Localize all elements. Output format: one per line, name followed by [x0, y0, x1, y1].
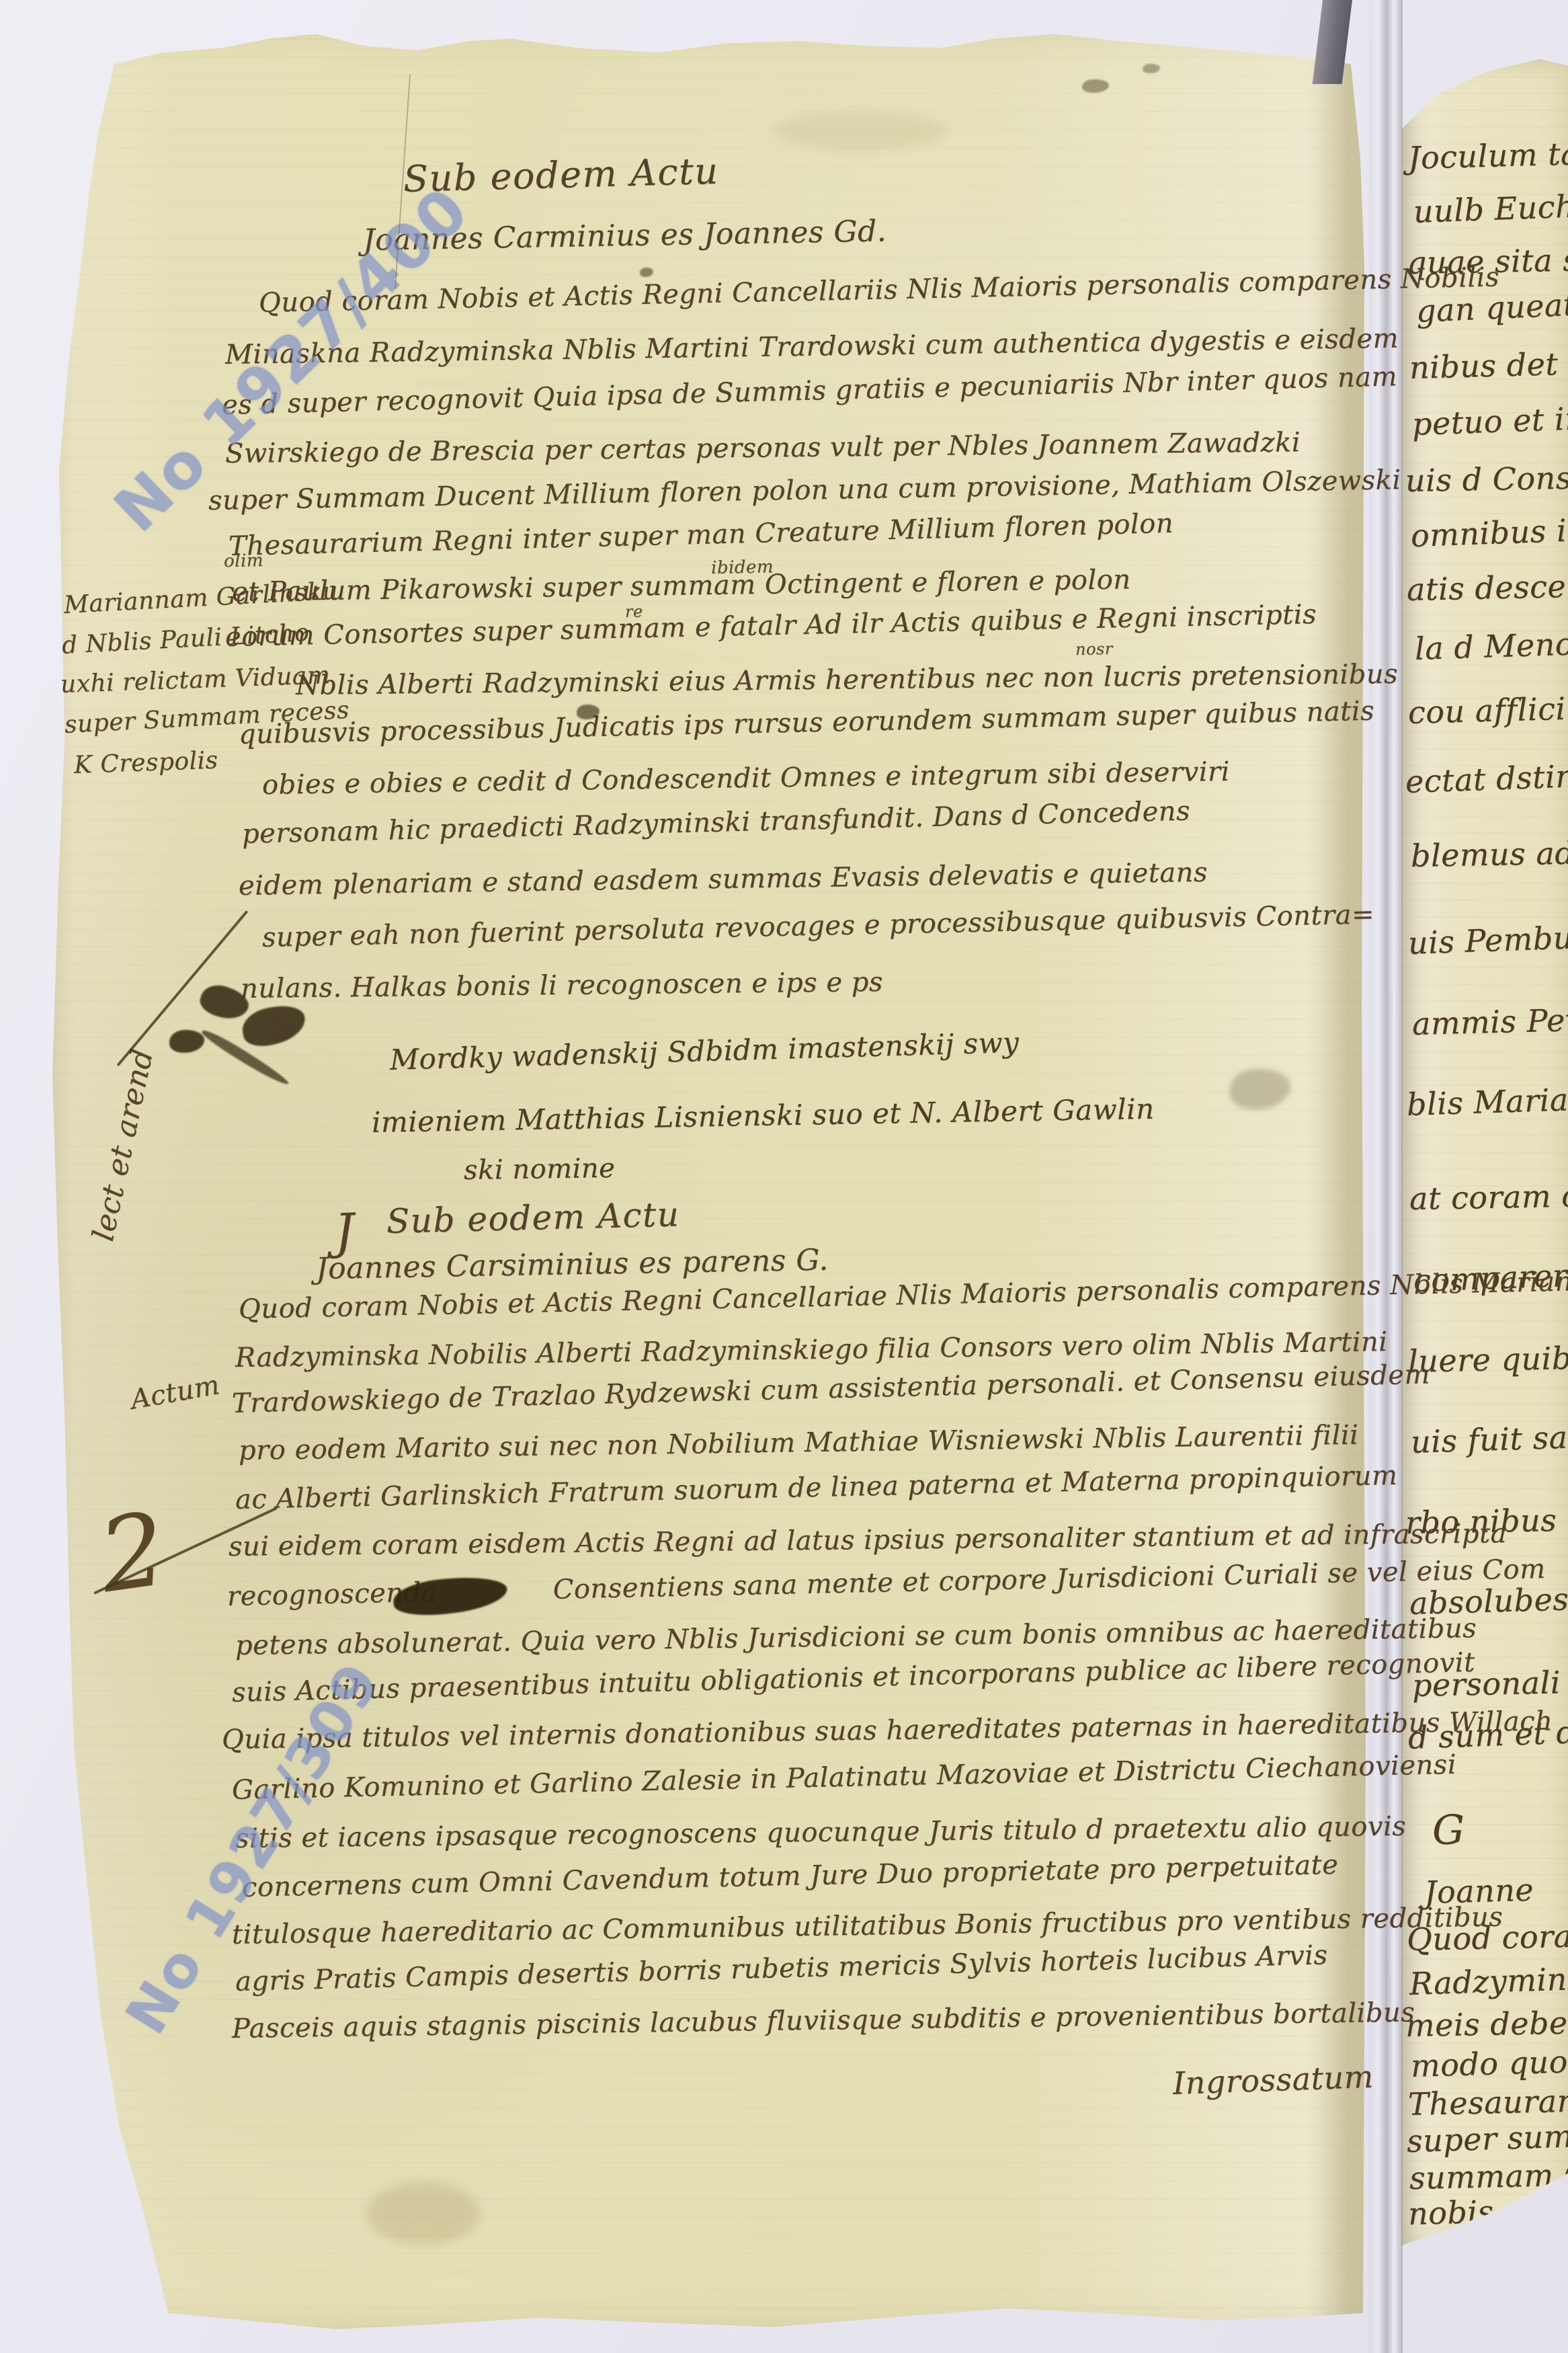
interlinear-word: re [625, 602, 643, 621]
paper-stain [773, 111, 948, 151]
manuscript-line: et Paulum Pikarowski super summam Octing… [232, 564, 1131, 608]
manuscript-line: Quod coram Nobis et Actis Regni Cancella… [259, 262, 1500, 319]
manuscript-line: super eah non fuerint persoluta revocage… [262, 899, 1375, 953]
manuscript-line: concernens cum Omni Cavendum totum Jure … [242, 1849, 1339, 1903]
manuscript-line: es d super recognovit Quia ipsa de Summi… [221, 361, 1397, 421]
ink-layer: Sub eodem Actu Joannes Carminius es Joan… [0, 0, 1568, 2353]
margin-note-line: d Nblis Pauli Litcho [61, 619, 310, 660]
manuscript-line: Swirskiego de Brescia per certas persona… [225, 427, 1301, 469]
margin-paragraph-mark: 2 [93, 1490, 173, 1616]
margin-note-line: uxhi relictam Viduam [60, 662, 331, 699]
manuscript-line: Thesaurarium Regni inter super man Creat… [228, 508, 1173, 562]
ink-speck [1143, 64, 1160, 73]
signature-line: Mordky wadenskij Sdbidm imastenskij swy [389, 1026, 1020, 1076]
manuscript-line: obies e obies e cedit d Condescendit Omn… [262, 756, 1230, 801]
manuscript-line: sui eidem coram eisdem Actis Regni ad la… [229, 1518, 1507, 1562]
manuscript-line: super Summam Ducent Millium floren polon… [208, 465, 1401, 516]
ink-speck [1082, 79, 1109, 93]
manuscript-line: agris Pratis Campis desertis borris rube… [235, 1940, 1328, 1997]
interlinear-word: olim [224, 551, 263, 571]
manuscript-line: eorum Consortes super summam e fatalr Ad… [225, 599, 1317, 653]
manuscript-line: eidem plenariam e stand easdem summas Ev… [239, 857, 1208, 902]
manuscript-line: Garlino Komunino et Garlino Zalesie in P… [232, 1749, 1457, 1806]
margin-note-line: Mariannam Garlinsku [63, 577, 339, 619]
ink-speck [640, 268, 653, 277]
section-intro: Joannes Carsiminius es parens G. [316, 1243, 829, 1286]
manuscript-line: Pasceis aquis stagnis piscinis lacubus f… [232, 1997, 1415, 2044]
margin-rotated-note: lect et arend [86, 1046, 160, 1244]
manuscript-line: ac Alberti Garlinskich Fratrum suorum de… [235, 1460, 1398, 1515]
ink-smudge [1230, 1069, 1290, 1109]
manuscript-line: nulans. Halkas bonis li recognoscen e ip… [241, 967, 883, 1004]
ingrossatum-note: Ingrossatum [1172, 2059, 1374, 2102]
paper-stain [366, 2182, 481, 2245]
manuscript-scan: Joculum tam ashorati q uulb Euchesis att… [0, 0, 1568, 2353]
manuscript-line: pro eodem Marito sui nec non Nobilium Ma… [239, 1420, 1359, 1466]
interlinear-word: nosr [1075, 639, 1113, 659]
interlinear-word: ibidem [711, 557, 774, 578]
ink-blot [169, 1030, 204, 1053]
signature-line: imieniem Matthias Lisnienski suo et N. A… [372, 1092, 1155, 1139]
manuscript-line: personam hic praedicti Radzyminski trans… [241, 796, 1190, 850]
manuscript-line: Nblis Alberti Radzyminski eius Armis her… [296, 659, 1399, 701]
manuscript-line: Quia ipsa titulos vel internis donationi… [222, 1706, 1553, 1755]
manuscript-line: quibusvis processibus Judicatis ips rurs… [239, 696, 1375, 750]
ink-blot [239, 1001, 308, 1051]
signature-line: ski nomine [464, 1153, 616, 1186]
margin-actum-note: Actum [128, 1369, 222, 1415]
section-heading: Sub eodem Actu [386, 1195, 680, 1241]
manuscript-line: sitis et iacens ipsasque recognoscens qu… [235, 1811, 1407, 1854]
margin-note-line: K Crespolis [73, 747, 218, 779]
manuscript-line: Minaskna Radzyminska Nblis Martini Trard… [225, 323, 1399, 370]
